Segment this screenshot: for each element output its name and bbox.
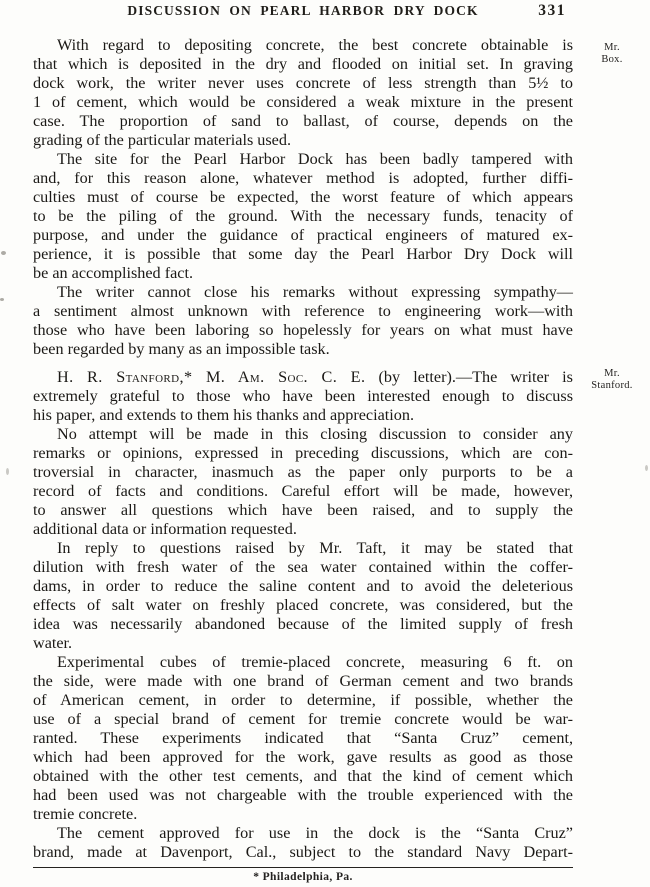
paragraph: In reply to questions raised by Mr. Taft… bbox=[33, 539, 573, 653]
text-line: that which is deposited in the dry and f… bbox=[33, 55, 573, 74]
text-line: record of facts and conditions. Careful … bbox=[33, 482, 573, 501]
text-line: The cement approved for use in the dock … bbox=[33, 824, 573, 843]
text-line: of American cement, in order to determin… bbox=[33, 691, 573, 710]
text-line: dams, in order to reduce the saline cont… bbox=[33, 577, 573, 596]
text-line: 1 of cement, which would be considered a… bbox=[33, 93, 573, 112]
paragraph: The site for the Pearl Harbor Dock has b… bbox=[33, 150, 573, 283]
margin-note-line: Stanford. bbox=[576, 380, 648, 392]
text-line: grading of the particular materials used… bbox=[33, 131, 573, 150]
text-line: With regard to depositing concrete, the … bbox=[33, 36, 573, 55]
margin-note-line: Mr. bbox=[576, 368, 648, 380]
text-line: The site for the Pearl Harbor Dock has b… bbox=[33, 150, 573, 169]
line-text: (by letter).—The writer is bbox=[365, 368, 573, 386]
text-line: tremie concrete. bbox=[33, 805, 573, 824]
text-line: ranted. These experiments indicated that… bbox=[33, 729, 573, 748]
footnote-text: * Philadelphia, Pa. bbox=[33, 871, 573, 883]
text-line: been regarded by many as an impossible t… bbox=[33, 340, 573, 359]
paragraph: Experimental cubes of tremie-placed conc… bbox=[33, 653, 573, 824]
text-line: No attempt will be made in this closing … bbox=[33, 425, 573, 444]
margin-note: Mr.Box. bbox=[576, 42, 648, 65]
footnote-divider bbox=[33, 867, 573, 868]
page-number: 331 bbox=[538, 2, 566, 20]
book-page: DISCUSSION ON PEARL HARBOR DRY DOCK 331 … bbox=[0, 0, 650, 887]
text-line: In reply to questions raised by Mr. Taft… bbox=[33, 539, 573, 558]
text-line: use of a special brand of cement for tre… bbox=[33, 710, 573, 729]
text-line: additional data or information requested… bbox=[33, 520, 573, 539]
author-name: H. R. Stanford,* M. Am. Soc. C. E. bbox=[57, 368, 365, 386]
text-line: dilution with fresh water of the sea wat… bbox=[33, 558, 573, 577]
margin-note-line: Mr. bbox=[576, 42, 648, 54]
text-line: culties must of course be expected, the … bbox=[33, 188, 573, 207]
paragraph: The cement approved for use in the dock … bbox=[33, 824, 573, 862]
margin-note: Mr.Stanford. bbox=[576, 368, 648, 391]
text-line: extremely grateful to those who have bee… bbox=[33, 387, 573, 406]
text-line: effects of salt water on freshly placed … bbox=[33, 596, 573, 615]
text-line: idea was necessarily abandoned because o… bbox=[33, 615, 573, 634]
text-line: H. R. Stanford,* M. Am. Soc. C. E. (by l… bbox=[33, 368, 573, 387]
text-line: the side, were made with one brand of Ge… bbox=[33, 672, 573, 691]
text-line: had been used was not chargeable with th… bbox=[33, 786, 573, 805]
text-line: to answer all questions which have been … bbox=[33, 501, 573, 520]
paragraph: The writer cannot close his remarks with… bbox=[33, 283, 573, 359]
paragraph: H. R. Stanford,* M. Am. Soc. C. E. (by l… bbox=[33, 368, 573, 425]
scan-speck bbox=[645, 465, 648, 471]
scan-speck bbox=[1, 251, 6, 255]
text-line: and, for this reason alone, whatever met… bbox=[33, 169, 573, 188]
body-text: With regard to depositing concrete, the … bbox=[33, 36, 573, 862]
scan-speck bbox=[0, 298, 4, 301]
text-line: purpose, and under the guidance of pract… bbox=[33, 226, 573, 245]
text-line: remarks or opinions, expressed in preced… bbox=[33, 444, 573, 463]
text-line: case. The proportion of sand to ballast,… bbox=[33, 112, 573, 131]
page-header-title: DISCUSSION ON PEARL HARBOR DRY DOCK bbox=[33, 3, 573, 19]
text-line: Experimental cubes of tremie-placed conc… bbox=[33, 653, 573, 672]
text-line: dock work, the writer never uses concret… bbox=[33, 74, 573, 93]
text-line: to be the piling of the ground. With the… bbox=[33, 207, 573, 226]
text-line: his paper, and extends to them his thank… bbox=[33, 406, 573, 425]
paragraph: With regard to depositing concrete, the … bbox=[33, 36, 573, 150]
text-line: troversial in character, inasmuch as the… bbox=[33, 463, 573, 482]
paragraph: No attempt will be made in this closing … bbox=[33, 425, 573, 539]
text-line: which had been approved for the work, ga… bbox=[33, 748, 573, 767]
text-line: The writer cannot close his remarks with… bbox=[33, 283, 573, 302]
text-line: perience, it is possible that some day t… bbox=[33, 245, 573, 264]
text-line: be an accomplished fact. bbox=[33, 264, 573, 283]
text-line: those who have been laboring so hopeless… bbox=[33, 321, 573, 340]
text-line: water. bbox=[33, 634, 573, 653]
scan-speck bbox=[6, 468, 9, 475]
text-line: brand, made at Davenport, Cal., subject … bbox=[33, 843, 573, 862]
margin-notes: Mr.Box.Mr.Stanford. bbox=[576, 0, 648, 887]
text-line: a sentiment almost unknown with referenc… bbox=[33, 302, 573, 321]
text-line: obtained with the other test cements, an… bbox=[33, 767, 573, 786]
margin-note-line: Box. bbox=[576, 54, 648, 66]
